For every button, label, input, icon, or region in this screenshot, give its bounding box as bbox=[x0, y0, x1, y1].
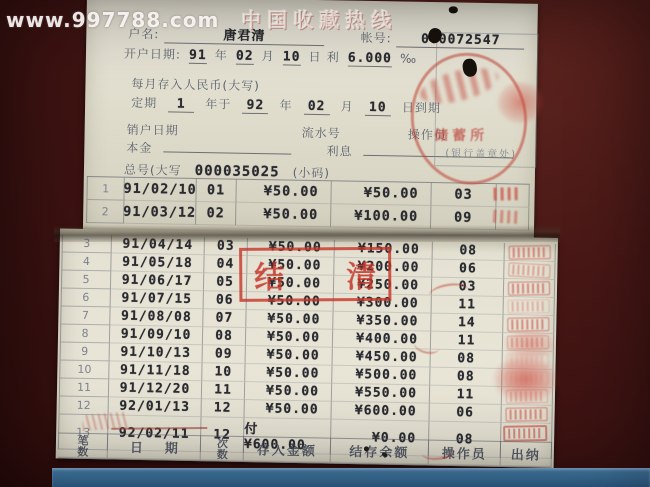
deposit-amount: ¥50.00 bbox=[267, 311, 320, 327]
year-unit: 年 bbox=[215, 48, 228, 62]
open-year: 91 bbox=[189, 48, 207, 63]
passbook-cover-edge bbox=[52, 468, 650, 487]
rate-unit: ‰ bbox=[400, 51, 417, 65]
deposit-amount: ¥50.00 bbox=[266, 383, 319, 399]
passbook-upper-page: 户名: 唐君清 帐号: 000072547 开户日期: 91 年 02 月 10… bbox=[83, 0, 538, 244]
balance-amount: ¥100.00 bbox=[354, 208, 418, 225]
open-month: 02 bbox=[236, 49, 254, 64]
deposit-amount: ¥50.00 bbox=[266, 401, 319, 417]
ink-blot bbox=[449, 6, 458, 13]
day-unit: 日 bbox=[308, 50, 321, 64]
header-date: 日期 bbox=[108, 434, 201, 460]
header-cashier: 出纳 bbox=[501, 442, 552, 467]
settled-stamp: 结 清 bbox=[239, 247, 391, 302]
operator-id: 06 bbox=[456, 405, 474, 420]
entry-date: 91/11/18 bbox=[120, 363, 191, 379]
term-value: 1 bbox=[177, 97, 186, 112]
row-number: 7 bbox=[60, 306, 110, 325]
entry-date: 91/07/15 bbox=[121, 291, 192, 307]
deposit-amount: ¥50.00 bbox=[266, 365, 319, 381]
balance-amount: ¥550.00 bbox=[355, 385, 417, 401]
watermark-url: www.997788.com bbox=[6, 8, 219, 32]
close-date-label: 销户日期 bbox=[127, 123, 179, 138]
deposit-amount: ¥50.00 bbox=[263, 206, 318, 223]
entry-times: 04 bbox=[216, 256, 234, 271]
operator-id: 08 bbox=[459, 243, 477, 258]
entry-times: 07 bbox=[215, 310, 233, 325]
cashier-seal-stamp bbox=[509, 245, 551, 260]
operator-id: 08 bbox=[457, 351, 475, 366]
header-entry-count: 笔数 bbox=[58, 433, 108, 458]
mature-year-unit: 年 bbox=[279, 98, 292, 112]
watermark-site: 中国收藏热线 bbox=[241, 8, 397, 32]
operator-id: 06 bbox=[459, 261, 477, 276]
balance-amount: ¥350.00 bbox=[356, 313, 418, 329]
row-number: 5 bbox=[61, 270, 111, 289]
entry-times: 11 bbox=[214, 382, 232, 397]
row-number: 10 bbox=[59, 360, 109, 379]
operator-id: 11 bbox=[458, 297, 476, 312]
entry-date: 91/10/13 bbox=[120, 345, 191, 361]
balance-amount: ¥450.00 bbox=[356, 349, 418, 365]
operator-id: 14 bbox=[458, 315, 476, 330]
passbook-lower-page: 3 91/04/14 03 ¥50.00 ¥150.00 08 4 91/05/… bbox=[56, 228, 558, 468]
entry-date: 91/02/10 bbox=[123, 181, 196, 198]
term-mid: 年于 bbox=[205, 97, 231, 111]
open-date-line: 开户日期: 91 年 02 月 10 日 利 6.000 ‰ bbox=[124, 43, 417, 68]
row-number: 6 bbox=[61, 288, 111, 307]
total-suffix: (小码) bbox=[293, 166, 331, 181]
row-number: 8 bbox=[60, 324, 110, 343]
ink-speck bbox=[364, 446, 369, 451]
red-ink-smudge bbox=[504, 329, 557, 360]
mature-year: 92 bbox=[246, 98, 264, 113]
mature-month: 02 bbox=[308, 99, 326, 114]
entry-date: 91/12/20 bbox=[120, 381, 191, 397]
photo-scene: www.997788.com 中国收藏热线 户名: 唐君清 帐号: 000072… bbox=[0, 0, 650, 487]
monthly-deposit-label: 每月存入人民币(大写) bbox=[131, 77, 260, 93]
operator-id: 08 bbox=[457, 369, 475, 384]
principal-label: 本金 bbox=[126, 141, 152, 155]
term-label: 定期 bbox=[131, 96, 157, 110]
cashier-seal-stamp bbox=[508, 262, 551, 278]
term-line: 定期 1 年于 92 年 02 月 10 日到期 bbox=[131, 92, 441, 117]
cashier-seal-stamp bbox=[490, 208, 525, 225]
interest-label: 利息 bbox=[326, 144, 352, 158]
page-fold-shadow bbox=[54, 225, 560, 242]
deposit-amount: ¥50.00 bbox=[267, 329, 320, 345]
cashier-seal-stamp bbox=[490, 186, 524, 202]
header-times: 次数 bbox=[201, 436, 244, 461]
entry-times: 09 bbox=[215, 346, 233, 361]
entry-date: 91/06/17 bbox=[122, 273, 193, 289]
entry-times: 05 bbox=[216, 274, 234, 289]
header-balance: 结存余额 bbox=[331, 439, 429, 465]
entry-times: 12 bbox=[214, 400, 232, 415]
mature-day: 10 bbox=[369, 100, 387, 115]
header-deposit: 存入金额 bbox=[244, 437, 331, 463]
watermark: www.997788.com 中国收藏热线 bbox=[6, 4, 397, 33]
entry-date: 91/05/18 bbox=[122, 255, 193, 271]
cashier-seal-stamp bbox=[508, 299, 550, 314]
month-unit: 月 bbox=[262, 49, 275, 63]
entry-times: 10 bbox=[214, 364, 232, 379]
entry-times: 01 bbox=[207, 182, 226, 198]
settled-stamp-char: 结 bbox=[254, 253, 284, 297]
monthly-deposit-line: 每月存入人民币(大写) bbox=[131, 73, 260, 94]
operator-id: 11 bbox=[457, 387, 475, 402]
round-stamp-text: 储蓄所 bbox=[434, 125, 488, 145]
deposit-amount: ¥50.00 bbox=[267, 347, 320, 363]
balance-amount: ¥50.00 bbox=[364, 185, 419, 202]
operator-id: 03 bbox=[454, 186, 473, 202]
entry-date: 91/08/08 bbox=[121, 309, 192, 325]
open-day: 10 bbox=[283, 49, 301, 64]
entry-times: 08 bbox=[215, 328, 233, 343]
balance-amount: ¥400.00 bbox=[356, 331, 418, 347]
cashier-seal-stamp bbox=[503, 425, 547, 442]
row-number: 1 bbox=[86, 177, 124, 201]
row-number: 9 bbox=[60, 342, 110, 361]
total-label: 总号(大写 bbox=[124, 163, 182, 178]
serial-label: 流水号 bbox=[302, 126, 341, 141]
rate-label: 利 bbox=[327, 50, 340, 64]
entry-times: 02 bbox=[206, 205, 225, 221]
cashier-seal-stamp bbox=[508, 281, 550, 296]
row-number: 11 bbox=[59, 378, 109, 397]
row-number: 4 bbox=[61, 252, 111, 271]
operator-id: 11 bbox=[458, 333, 476, 348]
entry-date: 92/01/13 bbox=[119, 399, 190, 415]
entry-times: 06 bbox=[216, 292, 234, 307]
settled-stamp-char: 清 bbox=[346, 252, 376, 296]
open-date-label: 开户日期: bbox=[124, 47, 181, 62]
balance-amount: ¥600.00 bbox=[355, 403, 417, 419]
balance-amount: ¥500.00 bbox=[355, 367, 417, 383]
operator-id: 09 bbox=[454, 209, 473, 225]
entry-date: 91/03/12 bbox=[123, 204, 196, 221]
mature-month-unit: 月 bbox=[341, 99, 354, 113]
row-number: 2 bbox=[86, 200, 124, 224]
rate-value: 6.000 bbox=[348, 51, 392, 67]
cashier-seal-stamp bbox=[505, 407, 547, 422]
entry-date: 91/09/10 bbox=[121, 327, 192, 343]
deposit-amount: ¥50.00 bbox=[264, 183, 319, 200]
